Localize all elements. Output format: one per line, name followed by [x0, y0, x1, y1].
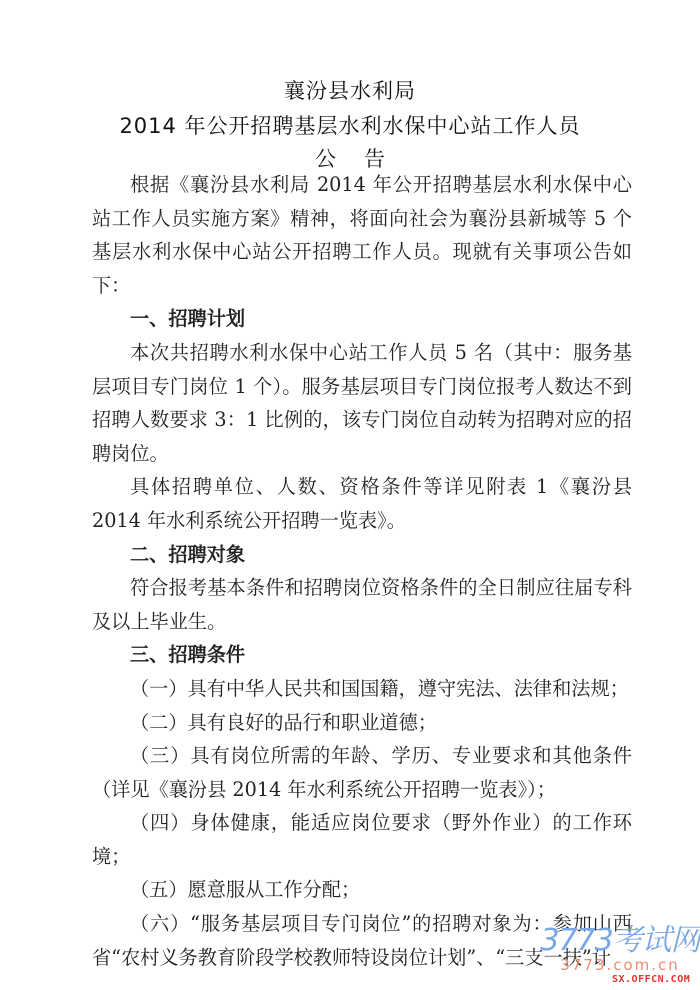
document-org: 襄汾县水利局 [0, 75, 700, 105]
watermark-url: 3773.com.cn [540, 956, 700, 974]
document-title: 2014 年公开招聘基层水利水保中心站工作人员 [0, 110, 700, 140]
document-body: 根据《襄汾县水利局 2014 年公开招聘基层水利水保中心站工作人员实施方案》精神… [92, 168, 632, 974]
condition-item-3: （三）具有岗位所需的年龄、学历、专业要求和其他条件（详见《襄汾县 2014 年水… [92, 739, 632, 806]
condition-item-5: （五）愿意服从工作分配； [92, 873, 632, 907]
watermark-logo: 3773考试网 [540, 926, 700, 956]
watermark: 3773考试网 3773.com.cn [540, 926, 700, 974]
condition-item-4: （四）身体健康，能适应岗位要求（野外作业）的工作环境； [92, 806, 632, 873]
page-number: 1 [349, 917, 357, 931]
section-heading-targets: 二、招聘对象 [92, 538, 632, 572]
plan-paragraph-2: 具体招聘单位、人数、资格条件等详见附表 1《襄汾县 2014 年水利系统公开招聘… [92, 470, 632, 537]
condition-item-1: （一）具有中华人民共和国国籍，遵守宪法、法律和法规； [92, 672, 632, 706]
intro-paragraph: 根据《襄汾县水利局 2014 年公开招聘基层水利水保中心站工作人员实施方案》精神… [92, 168, 632, 302]
section-heading-plan: 一、招聘计划 [92, 302, 632, 336]
watermark-url-secondary: SX.OFFCN.COM [612, 974, 690, 985]
section-heading-conditions: 三、招聘条件 [92, 638, 632, 672]
plan-paragraph-1: 本次共招聘水利水保中心站工作人员 5 名（其中：服务基层项目专门岗位 1 个）。… [92, 336, 632, 470]
condition-item-2: （二）具有良好的品行和职业道德； [92, 706, 632, 740]
targets-paragraph-1: 符合报考基本条件和招聘岗位资格条件的全日制应往届专科及以上毕业生。 [92, 571, 632, 638]
